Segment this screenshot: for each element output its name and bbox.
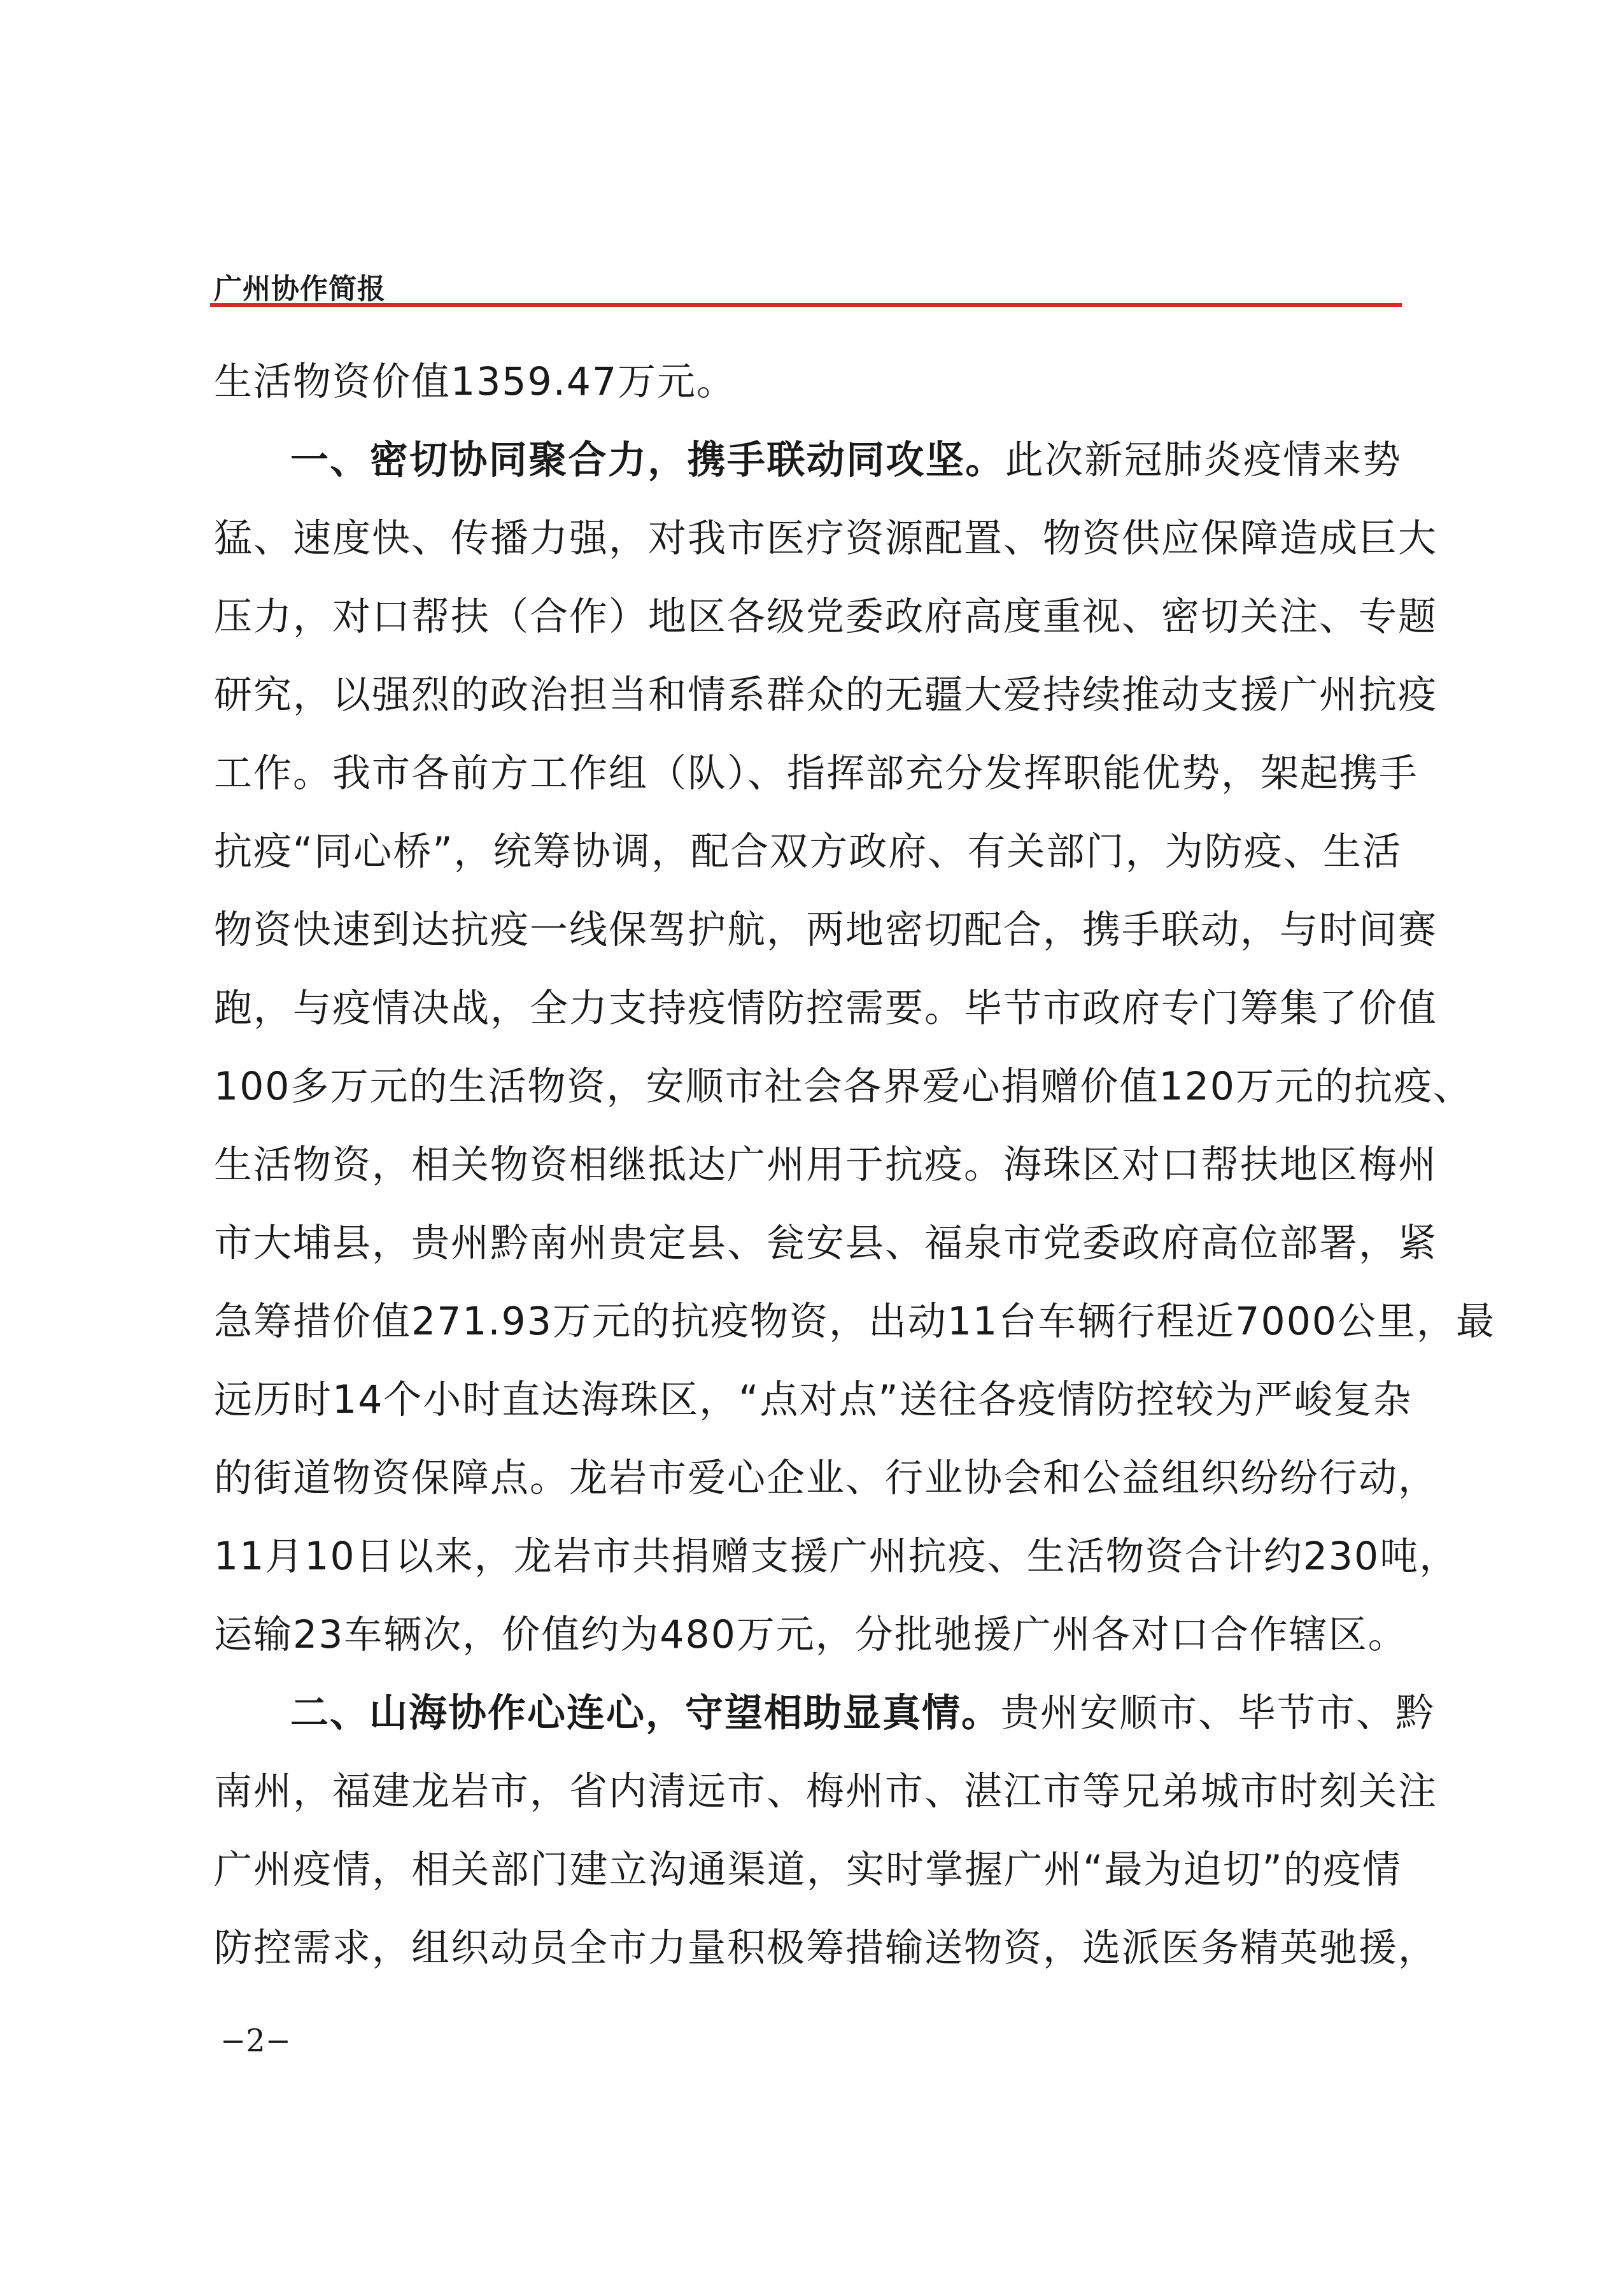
text-line: 生活物资，相关物资相继抵达广州用于抗疫。海珠区对口帮扶地区梅州	[214, 1140, 1402, 1218]
text-line: 11月10日以来，龙岩市共捐赠支援广州抗疫、生活物资合计约230吨，	[214, 1531, 1402, 1609]
paragraph-heading-line: 二、山海协作心连心，守望相助显真情。贵州安顺市、毕节市、黔	[214, 1688, 1402, 1766]
text-line: 压力，对口帮扶（合作）地区各级党委政府高度重视、密切关注、专题	[214, 591, 1402, 670]
text-line: 远历时14个小时直达海珠区，“点对点”送往各疫情防控较为严峻复杂	[214, 1375, 1402, 1453]
header-divider	[210, 303, 1402, 307]
text-line: 广州疫情，相关部门建立沟通渠道，实时掌握广州“最为迫切”的疫情	[214, 1844, 1402, 1923]
page-number: −2−	[220, 2023, 291, 2059]
text-span: 贵州安顺市、毕节市、黔	[1001, 1691, 1435, 1736]
text-line: 物资快速到达抗疫一线保驾护航，两地密切配合，携手联动，与时间赛	[214, 905, 1402, 983]
body-text: 生活物资价值1359.47万元。 一、密切协同聚合力，携手联动同攻坚。此次新冠肺…	[214, 357, 1402, 2001]
header-title: 广州协作简报	[214, 266, 386, 307]
text-line: 工作。我市各前方工作组（队）、指挥部充分发挥职能优势，架起携手	[214, 748, 1402, 826]
text-line: 100多万元的生活物资，安顺市社会各界爱心捐赠价值120万元的抗疫、	[214, 1061, 1402, 1140]
text-line: 市大埔县，贵州黔南州贵定县、瓮安县、福泉市党委政府高位部署，紧	[214, 1218, 1402, 1296]
text-line: 防控需求，组织动员全市力量积极筹措输送物资，选派医务精英驰援，	[214, 1923, 1402, 2001]
text-line: 猛、速度快、传播力强，对我市医疗资源配置、物资供应保障造成巨大	[214, 513, 1402, 591]
text-line: 研究，以强烈的政治担当和情系群众的无疆大爱持续推动支援广州抗疫	[214, 670, 1402, 748]
text-line: 抗疫“同心桥”，统筹协调，配合双方政府、有关部门，为防疫、生活	[214, 826, 1402, 905]
text-line: 生活物资价值1359.47万元。	[214, 357, 1402, 435]
text-line: 跑，与疫情决战，全力支持疫情防控需要。毕节市政府专门筹集了价值	[214, 983, 1402, 1061]
paragraph-heading-line: 一、密切协同聚合力，携手联动同攻坚。此次新冠肺炎疫情来势	[214, 435, 1402, 513]
section-heading-2: 二、山海协作心连心，守望相助显真情。	[290, 1691, 1001, 1736]
text-span: 此次新冠肺炎疫情来势	[1005, 438, 1402, 483]
text-line: 运输23车辆次，价值约为480万元，分批驰援广州各对口合作辖区。	[214, 1609, 1402, 1688]
text-line: 急筹措价值271.93万元的抗疫物资，出动11台车辆行程近7000公里，最	[214, 1296, 1402, 1375]
section-heading-1: 一、密切协同聚合力，携手联动同攻坚。	[290, 438, 1005, 483]
text-line: 南州，福建龙岩市，省内清远市、梅州市、湛江市等兄弟城市时刻关注	[214, 1766, 1402, 1844]
text-line: 的街道物资保障点。龙岩市爱心企业、行业协会和公益组织纷纷行动，	[214, 1453, 1402, 1531]
